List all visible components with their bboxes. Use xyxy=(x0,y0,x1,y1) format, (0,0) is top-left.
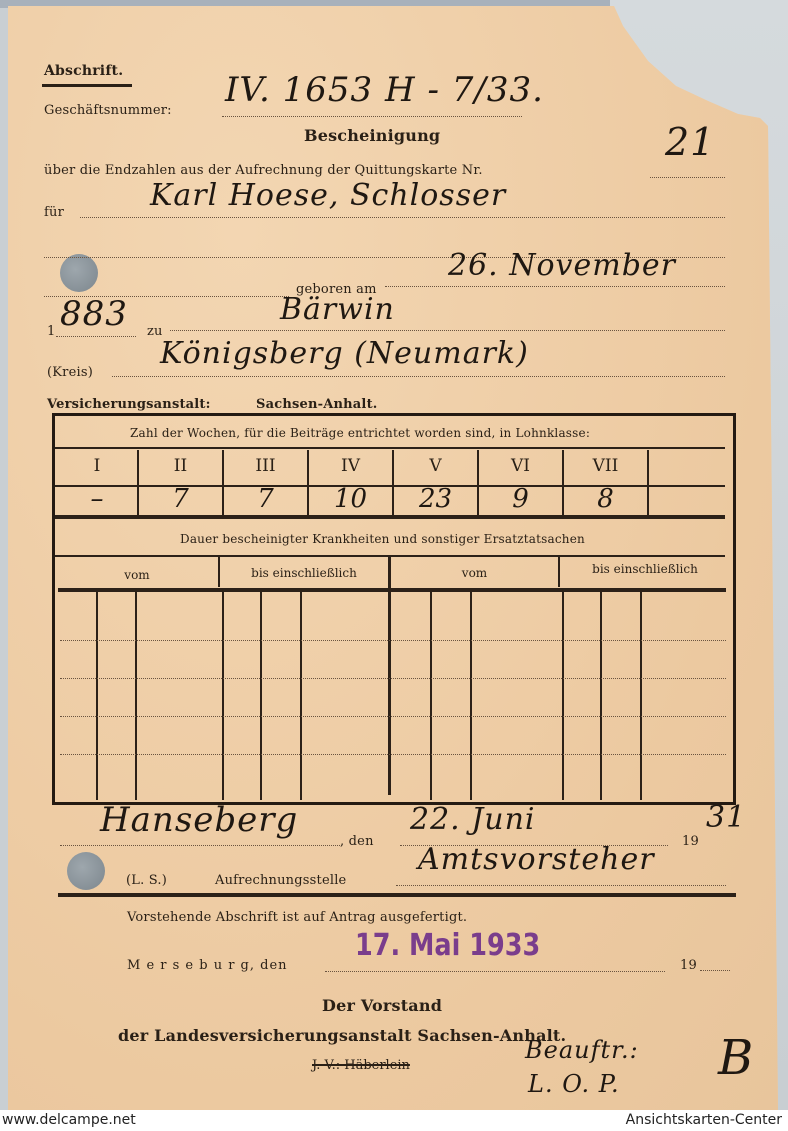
illness-row-1 xyxy=(60,640,726,641)
weeks-header-top xyxy=(55,447,725,449)
district-value: Königsberg (Neumark) xyxy=(160,336,529,371)
class-header-6: VI xyxy=(479,456,562,476)
born-date-line xyxy=(385,286,725,287)
illness-row-2 xyxy=(60,678,726,679)
case-number-label: Geschäftsnummer: xyxy=(44,103,172,118)
illness-center-div xyxy=(388,557,391,795)
copy-label: Abschrift. xyxy=(44,63,123,79)
den-label: , den xyxy=(340,834,374,849)
office-value: Amtsvorsteher xyxy=(418,842,655,877)
board-institution: der Landesversicherungsanstalt Sachsen-A… xyxy=(118,1026,566,1045)
class-value-7: 8 xyxy=(564,484,647,514)
class-value-1: – xyxy=(57,484,137,514)
handwritten-abbrev: L. O. P. xyxy=(528,1070,620,1098)
copy-note-place: M e r s e b u r g, den xyxy=(127,958,288,973)
watermark-left: www.delcampe.net xyxy=(2,1112,136,1128)
class-header-1: I xyxy=(57,456,137,476)
date-stamp: 17. Mai 1933 xyxy=(355,928,540,963)
illness-col-line xyxy=(600,592,602,800)
struck-signatory: J. V.: Häberlein xyxy=(312,1058,410,1073)
class-header-5: V xyxy=(394,456,477,476)
weeks-bottom xyxy=(55,515,725,519)
copy-note-year-line xyxy=(700,970,730,971)
office-label: Aufrechnungsstelle xyxy=(215,873,346,888)
punch-hole-bottom xyxy=(67,852,105,890)
illness-col-line xyxy=(260,592,262,800)
signature-initials: B xyxy=(718,1030,754,1086)
issue-place-line xyxy=(60,845,340,846)
class-header-3: III xyxy=(224,456,307,476)
illness-col-line xyxy=(470,592,472,800)
born-date-value: 26. November xyxy=(448,248,676,283)
watermark-bar: www.delcampe.net Ansichtskarten-Center xyxy=(0,1110,788,1131)
issuance-rule xyxy=(58,893,736,897)
class-header-2: II xyxy=(139,456,222,476)
seal-label: (L. S.) xyxy=(126,873,167,888)
issue-year-prefix: 19 xyxy=(682,834,699,849)
class-value-4: 10 xyxy=(309,484,392,514)
copy-note-date-line xyxy=(325,971,665,972)
born-year-value: 883 xyxy=(60,294,128,334)
insurer-value: Sachsen-Anhalt. xyxy=(256,397,378,412)
copy-note-year-prefix: 19 xyxy=(680,958,697,973)
illness-col-line xyxy=(300,592,302,800)
illness-caption: Dauer bescheinigter Krankheiten und sons… xyxy=(180,532,585,546)
handwritten-title: Beauftr.: xyxy=(525,1036,639,1064)
class-header-4: IV xyxy=(309,456,392,476)
illness-col-line xyxy=(96,592,98,800)
district-line xyxy=(112,376,725,377)
illness-col-line xyxy=(640,592,642,800)
illness-col-line xyxy=(430,592,432,800)
illness-row-4 xyxy=(60,754,726,755)
card-number-value: 21 xyxy=(665,120,715,164)
copy-note-text: Vorstehende Abschrift ist auf Antrag aus… xyxy=(127,910,467,925)
intro-text: über die Endzahlen aus der Aufrechnung d… xyxy=(44,163,483,178)
issue-place-value: Hanseberg xyxy=(100,800,298,840)
illness-header-from-1: vom xyxy=(57,568,217,582)
illness-row-3 xyxy=(60,716,726,717)
illness-col-line xyxy=(222,592,224,800)
watermark-right: Ansichtskarten-Center xyxy=(626,1112,782,1128)
issue-date-value: 22. Juni xyxy=(410,802,536,837)
name-value: Karl Hoese, Schlosser xyxy=(150,178,506,213)
copy-underline xyxy=(42,84,132,87)
illness-header-from-2: vom xyxy=(391,566,558,580)
board-title: Der Vorstand xyxy=(322,996,442,1015)
class-value-5: 23 xyxy=(394,484,477,514)
document-title: Bescheinigung xyxy=(304,126,440,145)
for-label: für xyxy=(44,205,64,220)
case-number-line xyxy=(222,116,522,117)
class-value-2: 7 xyxy=(139,484,222,514)
col-div-7 xyxy=(647,450,649,516)
illness-header-bottom xyxy=(58,588,726,592)
weeks-caption: Zahl der Wochen, für die Beiträge entric… xyxy=(130,426,590,440)
illness-header-to-1: bis einschließlich xyxy=(220,566,388,580)
district-label: (Kreis) xyxy=(47,365,93,380)
class-value-6: 9 xyxy=(479,484,562,514)
punch-hole-top xyxy=(60,254,98,292)
insurer-label: Versicherungsanstalt: xyxy=(47,397,211,412)
illness-header-to-2: bis einschließlich xyxy=(560,562,730,576)
illness-col-line xyxy=(562,592,564,800)
place-value: Bärwin xyxy=(280,292,395,327)
class-header-7: VII xyxy=(564,456,647,476)
card-number-line xyxy=(650,177,725,178)
class-value-3: 7 xyxy=(224,484,307,514)
issue-year-value: 31 xyxy=(706,800,746,835)
name-line xyxy=(80,217,725,218)
year-prefix: 1 xyxy=(47,324,55,339)
office-line xyxy=(396,885,726,886)
born-year-line xyxy=(56,336,136,337)
case-number-value: IV. 1653 H - 7/33. xyxy=(225,70,544,110)
place-line xyxy=(170,330,725,331)
illness-col-line xyxy=(135,592,137,800)
